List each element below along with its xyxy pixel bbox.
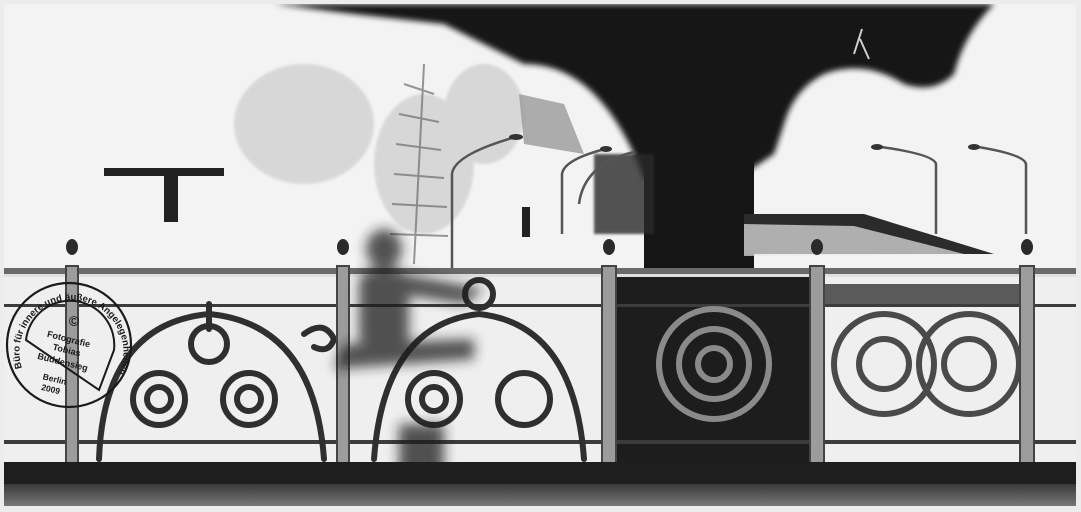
stamp-line-buddensieg: Buddensieg: [37, 351, 89, 373]
negative-photograph: [4, 4, 1076, 506]
copyright-stamp: Büro für innere und äußere Angelegenheit…: [4, 280, 134, 410]
photo-frame: Büro für innere und äußere Angelegenheit…: [4, 4, 1076, 506]
copyright-icon: ©: [69, 313, 80, 329]
